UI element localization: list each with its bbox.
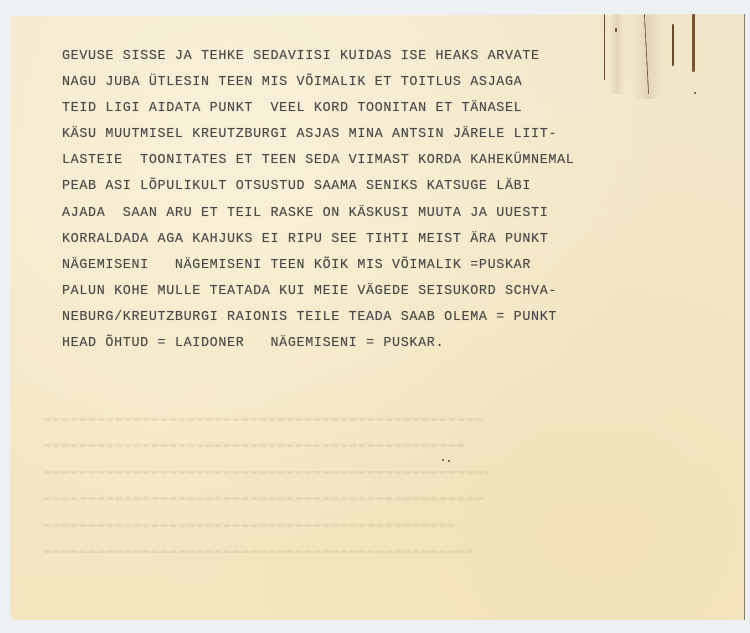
ink-speck bbox=[442, 459, 444, 461]
ink-speck bbox=[448, 460, 450, 462]
text-line: PEAB ASI LÕPULIKULT OTSUSTUD SAAMA SENIK… bbox=[62, 174, 574, 200]
signature-line: HEAD ÕHTUD = LAIDONER NÄGEMISENI = PUSKA… bbox=[62, 331, 574, 357]
text-line: AJADA SAAN ARU ET TEIL RASKE ON KÄSKUSI … bbox=[62, 201, 574, 227]
ink-speck bbox=[694, 92, 696, 94]
text-line: LASTEIE TOONITATES ET TEEN SEDA VIIMAST … bbox=[62, 148, 574, 174]
typewritten-message: GEVUSE SISSE JA TEHKE SEDAVIISI KUIDAS I… bbox=[62, 44, 574, 357]
scanned-document: GEVUSE SISSE JA TEHKE SEDAVIISI KUIDAS I… bbox=[0, 0, 750, 633]
torn-edge-mark bbox=[672, 24, 674, 66]
torn-edge-mark bbox=[692, 12, 695, 72]
text-line: KORRALDADA AGA KAHJUKS EI RIPU SEE TIHTI… bbox=[62, 227, 574, 253]
faded-bleedthrough-text bbox=[44, 414, 514, 594]
text-line: NÄGEMISENI NÄGEMISENI TEEN KÕIK MIS VÕIM… bbox=[62, 253, 574, 279]
text-line: PALUN KOHE MULLE TEATADA KUI MEIE VÄGEDE… bbox=[62, 279, 574, 305]
crease-mark bbox=[610, 14, 624, 94]
torn-edge-mark bbox=[615, 28, 617, 32]
text-line: NAGU JUBA ÜTLESIN TEEN MIS VÕIMALIK ET T… bbox=[62, 70, 574, 96]
torn-edge-mark bbox=[604, 14, 605, 80]
text-line: GEVUSE SISSE JA TEHKE SEDAVIISI KUIDAS I… bbox=[62, 44, 574, 70]
text-line: KÄSU MUUTMISEL KREUTZBURGI ASJAS MINA AN… bbox=[62, 122, 574, 148]
text-line: NEBURG/KREUTZBURGI RAIONIS TEILE TEADA S… bbox=[62, 305, 574, 331]
text-line: TEID LIGI AIDATA PUNKT VEEL KORD TOONITA… bbox=[62, 96, 574, 122]
